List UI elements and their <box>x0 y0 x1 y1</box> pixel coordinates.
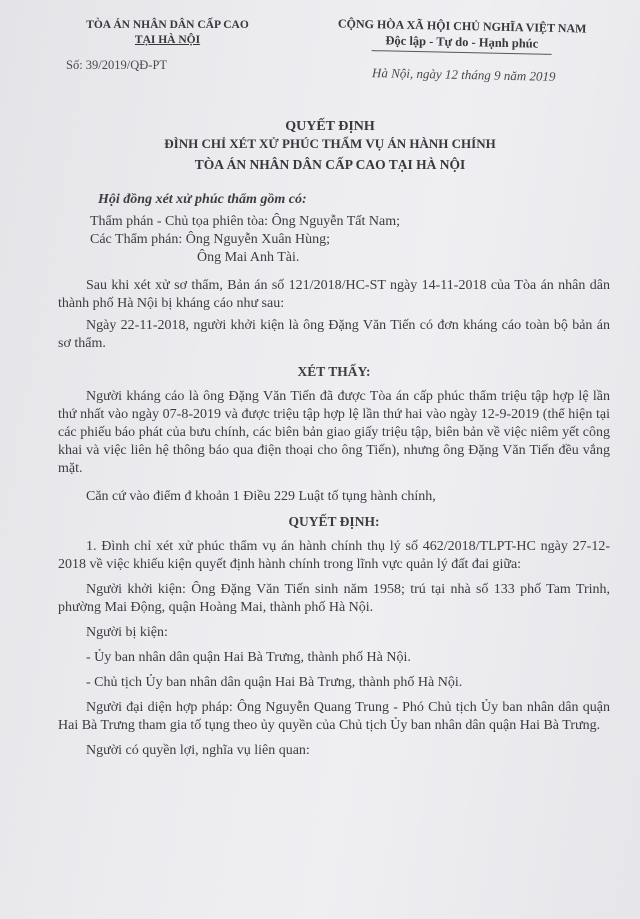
document-page: TÒA ÁN NHÂN DÂN CẤP CAO TẠI HÀ NỘI Số: 3… <box>0 0 640 919</box>
paragraph-decision-1: 1. Đình chỉ xét xử phúc thẩm vụ án hành … <box>58 538 610 574</box>
paragraph-related-party: Người có quyền lợi, nghĩa vụ liên quan: <box>58 742 610 760</box>
paragraph-defendant-label: Người bị kiện: <box>58 624 610 642</box>
panel-heading: Hội đồng xét xử phúc thẩm gồm có: <box>98 191 610 209</box>
document-body: Hội đồng xét xử phúc thẩm gồm có: Thẩm p… <box>78 191 610 760</box>
paragraph-legal-basis: Căn cứ vào điểm đ khoản 1 Điều 229 Luật … <box>58 488 610 506</box>
section-findings: XÉT THẤY: <box>58 363 610 381</box>
national-header: CỘNG HÒA XÃ HỘI CHỦ NGHĨA VIỆT NAM Độc l… <box>292 14 633 56</box>
main-content: Sau khi xét xử sơ thẩm, Bản án số 121/20… <box>58 277 610 760</box>
document-title: QUYẾT ĐỊNH ĐÌNH CHỈ XÉT XỬ PHÚC THẨM VỤ … <box>60 118 600 177</box>
title-subject: ĐÌNH CHỈ XÉT XỬ PHÚC THẨM VỤ ÁN HÀNH CHÍ… <box>60 135 600 153</box>
place-date: Hà Nội, ngày 12 tháng 9 năm 2019 <box>372 65 556 85</box>
paragraph-plaintiff: Người khởi kiện: Ông Đặng Văn Tiến sinh … <box>58 581 610 617</box>
title-court: TÒA ÁN NHÂN DÂN CẤP CAO TẠI HÀ NỘI <box>60 153 600 177</box>
paragraph-first-instance: Sau khi xét xử sơ thẩm, Bản án số 121/20… <box>58 277 610 313</box>
title-decision: QUYẾT ĐỊNH <box>60 118 600 135</box>
paragraph-representative: Người đại diện hợp pháp: Ông Nguyễn Quan… <box>58 699 610 735</box>
paragraph-defendant-1: - Ủy ban nhân dân quận Hai Bà Trưng, thà… <box>58 649 610 667</box>
presiding-judge: Thẩm phán - Chủ tọa phiên tòa: Ông Nguyễ… <box>90 213 610 231</box>
judges-line: Các Thẩm phán: Ông Nguyễn Xuân Hùng; <box>90 231 610 249</box>
paragraph-defendant-2: - Chủ tịch Ủy ban nhân dân quận Hai Bà T… <box>58 674 610 692</box>
court-name: TÒA ÁN NHÂN DÂN CẤP CAO <box>60 18 275 33</box>
court-location: TẠI HÀ NỘI <box>60 33 275 48</box>
paragraph-findings: Người kháng cáo là ông Đặng Văn Tiến đã … <box>58 388 610 478</box>
paragraph-appeal: Ngày 22-11-2018, người khởi kiện là ông … <box>58 317 610 353</box>
section-decision: QUYẾT ĐỊNH: <box>58 513 610 531</box>
judge-second: Ông Mai Anh Tài. <box>197 249 610 267</box>
court-header: TÒA ÁN NHÂN DÂN CẤP CAO TẠI HÀ NỘI <box>60 18 275 48</box>
document-number: Số: 39/2019/QĐ-PT <box>66 58 167 73</box>
